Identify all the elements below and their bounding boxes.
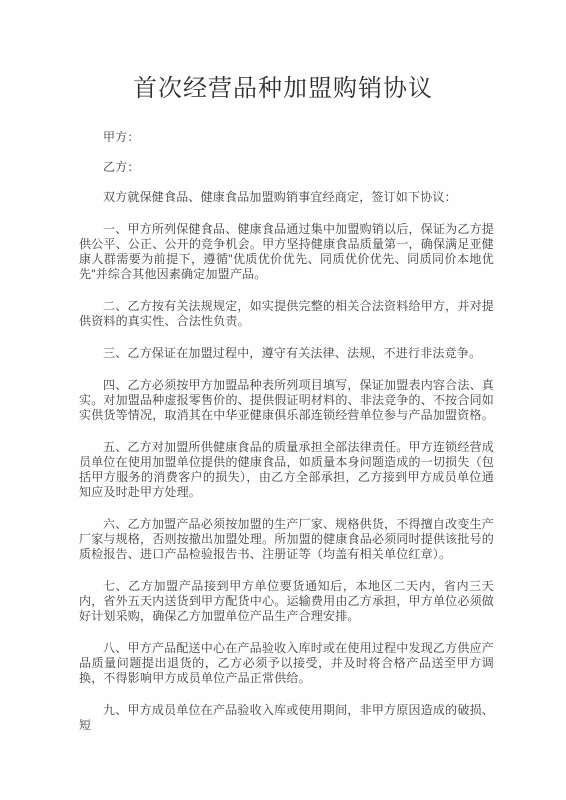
party-b-line: 乙方： <box>79 160 494 175</box>
clause-3: 三、乙方保证在加盟过程中，遵守有关法律、法规，不进行非法竞争。 <box>79 346 494 361</box>
clause-4: 四、乙方必须按甲方加盟品种表所列项目填写，保证加盟表内容合法、真实。对加盟品种虚… <box>79 378 494 423</box>
clause-8: 八、甲方产品配送中心在产品验收入库时或在使用过程中发现乙方供应产品质量问题提出退… <box>79 641 494 686</box>
document-title: 首次经营品种加盟购销协议 <box>0 0 566 104</box>
clause-1: 一、甲方所列保健食品、健康食品通过集中加盟购销以后，保证为乙方提供公平、公正、公… <box>79 222 494 282</box>
preamble-paragraph: 双方就保健食品、健康食品加盟购销事宜经商定，签订如下协议： <box>79 190 494 205</box>
clause-9: 九、甲方成员单位在产品验收入库或使用期间，非甲方原因造成的破损、短 <box>79 703 494 733</box>
clause-2: 二、乙方按有关法规规定，如实提供完整的相关合法资料给甲方，并对提供资料的真实性、… <box>79 299 494 329</box>
clause-6: 六、乙方加盟产品必须按加盟的生产厂家、规格供货，不得擅自改变生产厂家与规格，否则… <box>79 517 494 562</box>
document-page: 首次经营品种加盟购销协议 甲方： 乙方： 双方就保健食品、健康食品加盟购销事宜经… <box>0 0 566 800</box>
clause-5: 五、乙方对加盟所供健康食品的质量承担全部法律责任。甲方连锁经营成员单位在使用加盟… <box>79 440 494 500</box>
document-body: 甲方： 乙方： 双方就保健食品、健康食品加盟购销事宜经商定，签订如下协议： 一、… <box>0 130 566 733</box>
clause-7: 七、乙方加盟产品接到甲方单位要货通知后，本地区二天内，省内三天内，省外五天内送货… <box>79 579 494 624</box>
party-a-line: 甲方： <box>79 130 494 145</box>
